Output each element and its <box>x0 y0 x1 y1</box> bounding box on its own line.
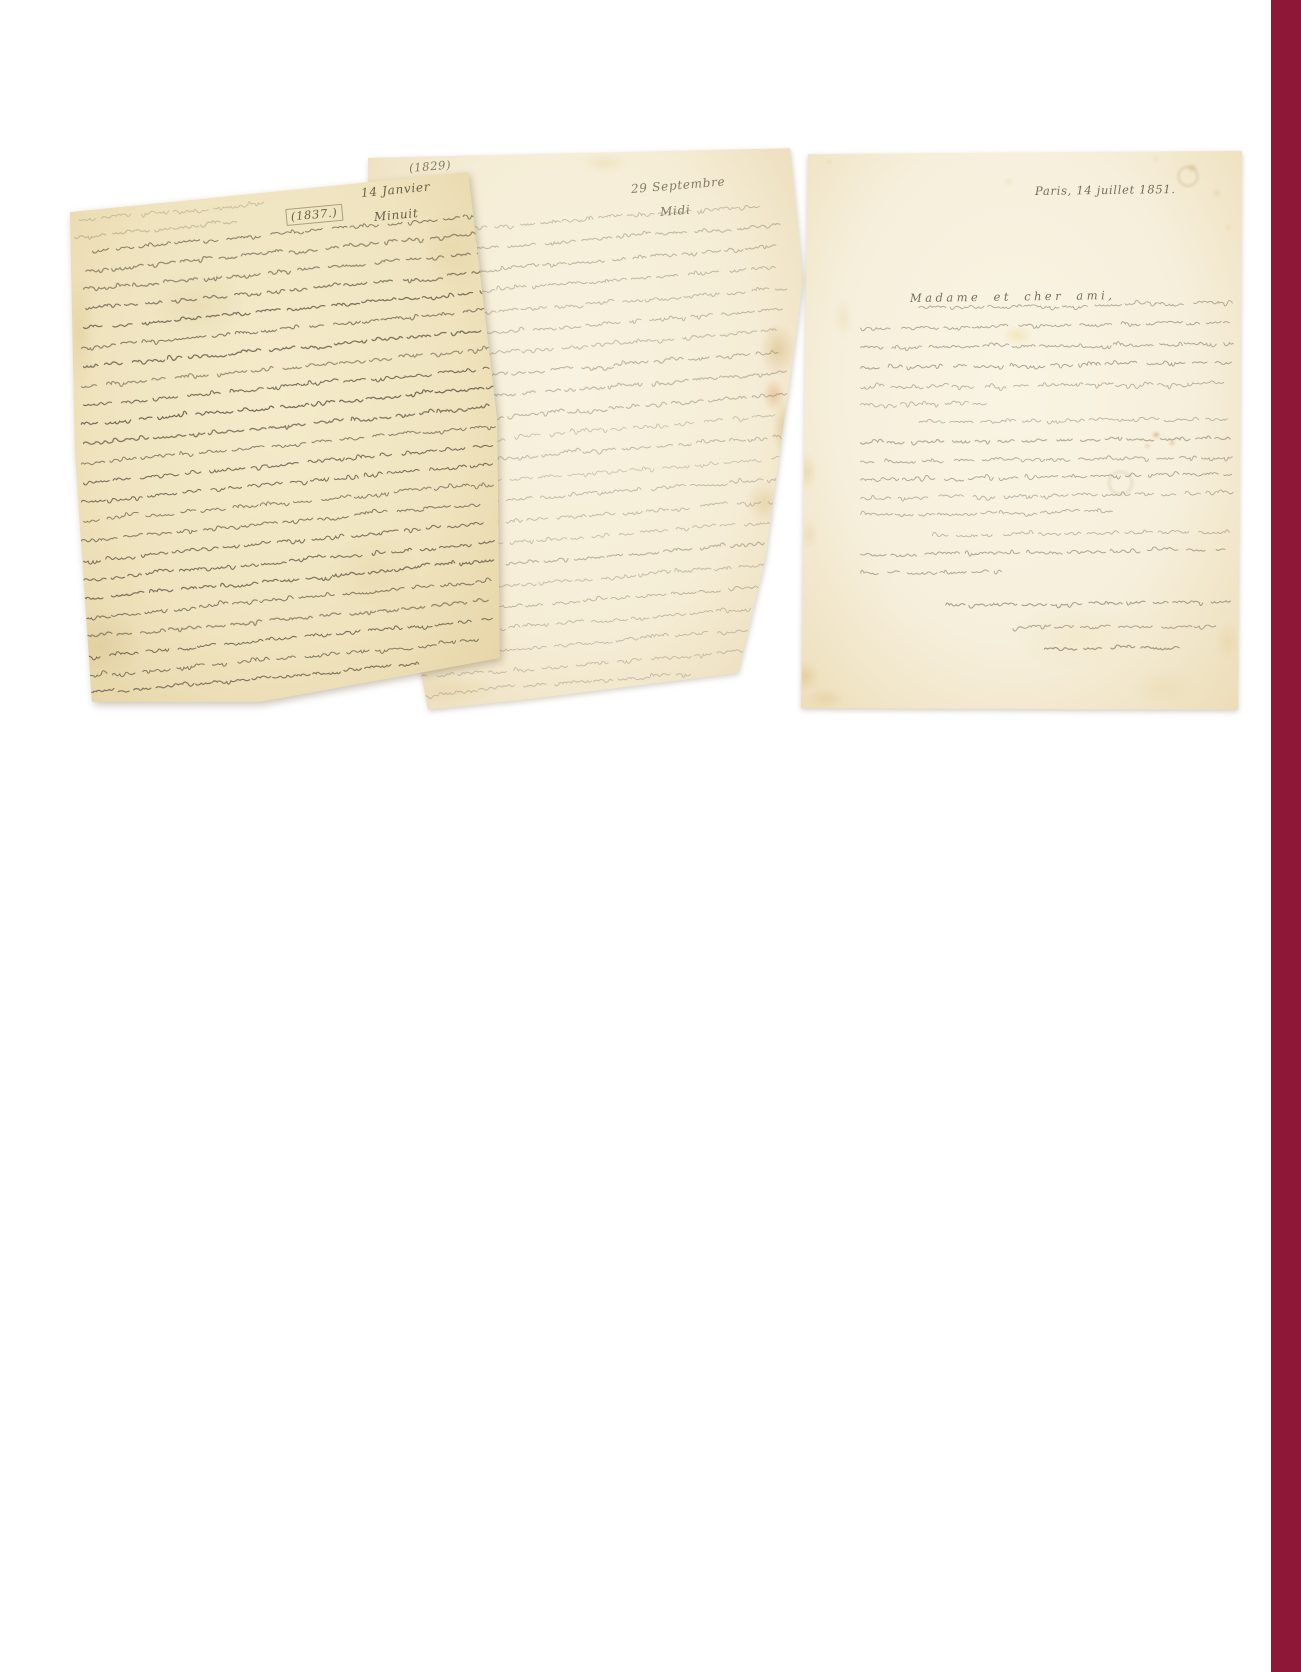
letter3-dateline: Paris, 14 juillet 1851. <box>1035 182 1176 198</box>
manuscript-letter-1851-sheet: Paris, 14 juillet 1851.Madame et cher am… <box>798 148 1246 716</box>
manuscript-letter-1837: (1837.)14 JanvierMinuit <box>66 170 506 710</box>
spine-accent-bar <box>1271 0 1301 1672</box>
catalog-page: (1837.)14 JanvierMinuit(1829)29 Septembr… <box>0 0 1301 1672</box>
letter2-time-line: Midi <box>660 202 692 218</box>
manuscript-letter-1851: Paris, 14 juillet 1851.Madame et cher am… <box>798 148 1246 716</box>
manuscript-letter-1837-sheet: (1837.)14 JanvierMinuit <box>66 170 506 710</box>
handwriting-ink <box>66 170 506 710</box>
handwriting-ink <box>798 148 1246 716</box>
